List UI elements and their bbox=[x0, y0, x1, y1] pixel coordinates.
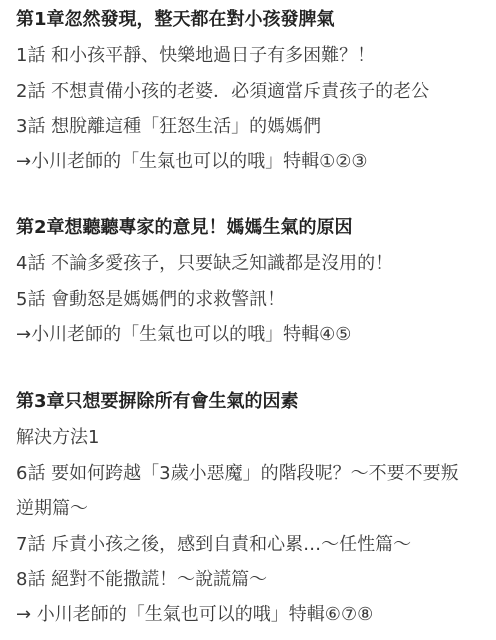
episode-3: 3話 想脫離這種「狂怒生活」的媽媽們 bbox=[16, 115, 321, 139]
episode-2: 2話 不想責備小孩的老婆．必須適當斥責孩子的老公 bbox=[16, 80, 429, 104]
episode-4: 4話 不論多愛孩子，只要缺乏知識都是沒用的！ bbox=[16, 252, 393, 276]
table-of-contents: 第1章忽然發現，整天都在對小孩發脾氣 1話 和小孩平靜、快樂地過日子有多困難？！… bbox=[0, 0, 496, 640]
solution-label: 解決方法1 bbox=[16, 426, 99, 450]
episode-6: 6話 要如何跨越「3歲小惡魔」的階段呢？～不要不要叛 bbox=[16, 462, 459, 486]
episode-5: 5話 會動怒是媽媽們的求救警訊！ bbox=[16, 288, 285, 312]
episode-1: 1話 和小孩平靜、快樂地過日子有多困難？！ bbox=[16, 44, 375, 68]
chapter-3-title: 第3章只想要摒除所有會生氣的因素 bbox=[16, 390, 299, 414]
special-feature-2: →小川老師的「生氣也可以的哦」特輯④⑤ bbox=[16, 323, 351, 347]
episode-7: 7話 斥責小孩之後，感到自責和心累…～任性篇～ bbox=[16, 533, 411, 557]
special-feature-3: → 小川老師的「生氣也可以的哦」特輯⑥⑦⑧ bbox=[16, 603, 373, 627]
episode-6-continued: 逆期篇～ bbox=[16, 497, 88, 521]
chapter-2-title: 第2章想聽聽專家的意見！媽媽生氣的原因 bbox=[16, 216, 353, 240]
chapter-1-title: 第1章忽然發現，整天都在對小孩發脾氣 bbox=[16, 8, 335, 32]
episode-8: 8話 絕對不能撒謊！～說謊篇～ bbox=[16, 568, 267, 592]
special-feature-1: →小川老師的「生氣也可以的哦」特輯①②③ bbox=[16, 150, 368, 174]
